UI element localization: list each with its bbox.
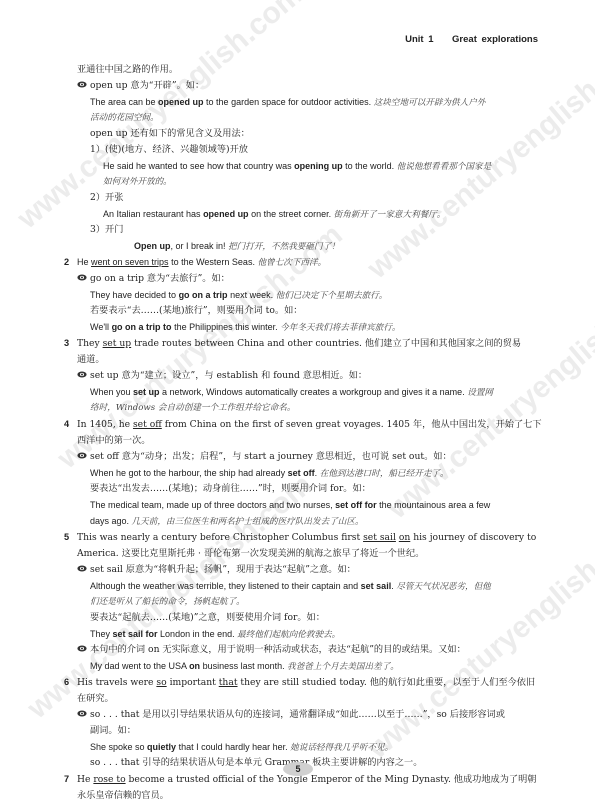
numbered-sentence: 6His travels were so important that they…	[64, 674, 542, 691]
example-sentence: An Italian restaurant has opened up on t…	[64, 206, 542, 222]
bullet-note: set off 意为“动身；出发；启程”，与 start a journey 意…	[64, 449, 542, 465]
bullet-note: set up 意为“建立；设立”，与 establish 和 found 意思相…	[64, 368, 542, 384]
example-sentence: The area can be opened up to the garden …	[64, 94, 542, 110]
example-sentence: The medical team, made up of three docto…	[64, 497, 542, 513]
example-sentence: Open up, or I break in! 把门打开，不然我要砸门了！	[64, 238, 542, 254]
bullet-note: set sail 原意为“将帆升起；扬帆”，现用于表达“起航”之意。如：	[64, 562, 542, 578]
example-sentence: Although the weather was terrible, they …	[64, 578, 542, 594]
bullet-note-continuation: 副词。如：	[64, 723, 542, 739]
bullet-note: go on a trip 意为“去旅行”。如：	[64, 271, 542, 287]
eye-bullet-icon	[77, 274, 87, 281]
example-translation: 活动的花园空间。	[64, 110, 542, 126]
eye-bullet-icon	[77, 81, 87, 88]
sentence-continuation: 通道。	[64, 352, 542, 368]
eye-bullet-icon	[77, 645, 87, 652]
example-sentence: They have decided to go on a trip next w…	[64, 287, 542, 303]
sentence-continuation: 永乐皇帝信赖的官员。	[64, 788, 542, 800]
example-translation: 们还是听从了船长的命令，扬帆起航了。	[64, 594, 542, 610]
example-sentence: We'll go on a trip to the Philippines th…	[64, 319, 542, 335]
example-sentence: He said he wanted to see how that countr…	[64, 158, 542, 174]
note: 要表达“起航去……(某地)”之意，则要使用介词 for。如：	[64, 610, 542, 626]
bullet-note: so . . . that 是用以引导结果状语从句的连接词，通常翻译成“如此………	[64, 707, 542, 723]
sentence-continuation: 在研究。	[64, 691, 542, 707]
example-sentence: She spoke so quietly that I could hardly…	[64, 739, 542, 755]
eye-bullet-icon	[77, 452, 87, 459]
eye-bullet-icon	[77, 710, 87, 717]
unit-title: Great explorations	[452, 34, 538, 45]
bullet-note: 本句中的介词 on 无实际意义，用于说明一种活动或状态，表达“起航”的目的或结果…	[64, 642, 542, 658]
page-content: 亚通往中国之路的作用。 open up 意为“开辟”。如： The area c…	[64, 62, 542, 800]
note: 若要表示“去……(某地)旅行”，则要用介词 to。如：	[64, 303, 542, 319]
eye-bullet-icon	[77, 371, 87, 378]
bullet-note: open up 意为“开辟”。如：	[64, 78, 542, 94]
sub-meaning-label: 3）开门	[64, 222, 542, 238]
example-translation: 络时，Windows 会自动创建一个工作组并给它命名。	[64, 400, 542, 416]
example-sentence: When he got to the harbour, the ship had…	[64, 465, 542, 481]
numbered-sentence: 4In 1405, he set off from China on the f…	[64, 416, 542, 433]
sub-meaning-label: 1）(使)(地方、经济、兴趣领域等)开放	[64, 142, 542, 158]
numbered-sentence: 2He went on seven trips to the Western S…	[64, 254, 542, 271]
sentence-continuation: America. 这要比克里斯托弗 · 哥伦布第一次发现美洲的航海之旅早了将近一…	[64, 546, 542, 562]
sentence-continuation: 西洋中的第一次。	[64, 433, 542, 449]
intro-line: 亚通往中国之路的作用。	[64, 62, 542, 78]
numbered-sentence: 3They set up trade routes between China …	[64, 335, 542, 352]
page-number: 5	[283, 762, 313, 776]
example-sentence: My dad went to the USA on business last …	[64, 658, 542, 674]
example-sentence: When you set up a network, Windows autom…	[64, 384, 542, 400]
sub-meaning-label: 2）开张	[64, 190, 542, 206]
eye-bullet-icon	[77, 565, 87, 572]
note: open up 还有如下的常见含义及用法：	[64, 126, 542, 142]
example-translation: 如何对外开放的。	[64, 174, 542, 190]
numbered-sentence: 5This was nearly a century before Christ…	[64, 529, 542, 546]
note: 要表达“出发去……(某地)；动身前往……”时，则要用介词 for。如：	[64, 481, 542, 497]
example-sentence-continuation: days ago. 几天前，由三位医生和两名护士组成的医疗队出发去了山区。	[64, 513, 542, 529]
example-sentence: They set sail for London in the end. 最终他…	[64, 626, 542, 642]
running-header: Unit 1 Great explorations	[405, 34, 538, 45]
unit-label: Unit 1	[405, 34, 433, 45]
